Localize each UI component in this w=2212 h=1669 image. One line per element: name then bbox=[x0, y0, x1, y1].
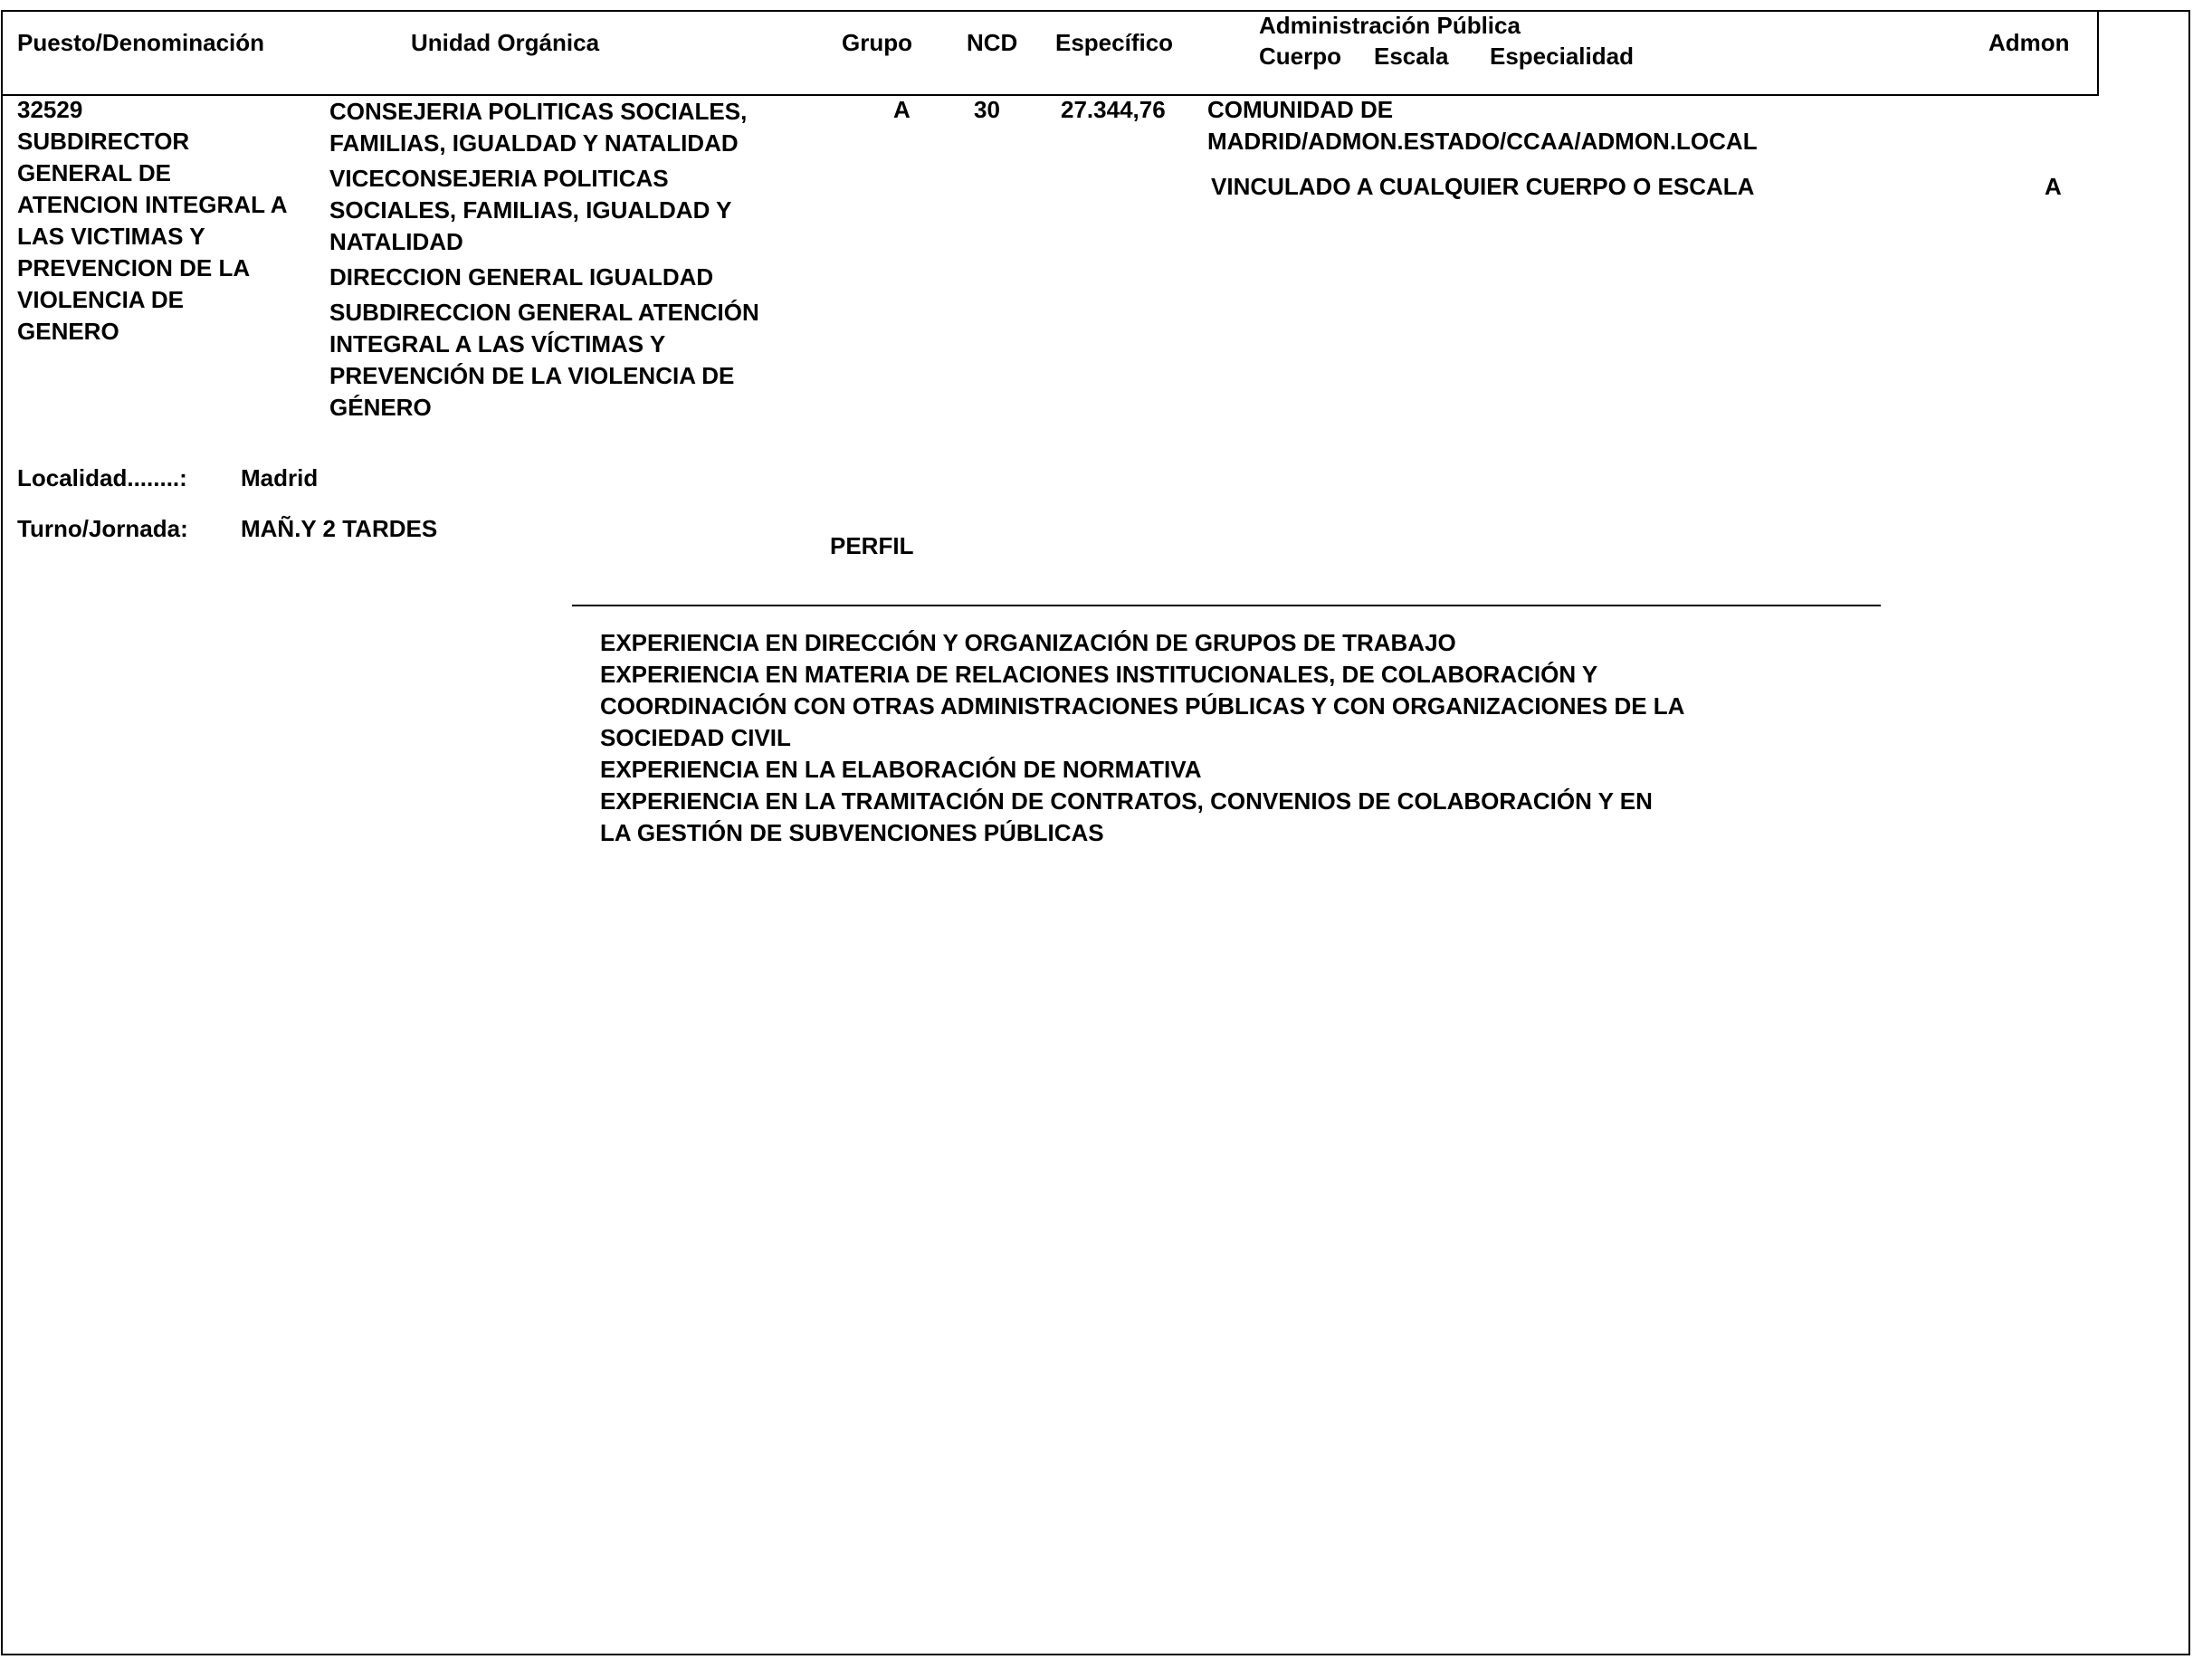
header-admon: Admon bbox=[1988, 29, 2070, 56]
perfil-line: EXPERIENCIA EN MATERIA DE RELACIONES INS… bbox=[600, 659, 1684, 691]
turno-label: Turno/Jornada: bbox=[17, 513, 188, 545]
especifico-value: 27.344,76 bbox=[1061, 94, 1166, 126]
table-header bbox=[1, 10, 2099, 96]
localidad-value: Madrid bbox=[241, 463, 318, 494]
denominacion-line: VIOLENCIA DE bbox=[17, 284, 288, 316]
perfil-line: LA GESTIÓN DE SUBVENCIONES PÚBLICAS bbox=[600, 817, 1684, 849]
perfil-line: SOCIEDAD CIVIL bbox=[600, 722, 1684, 754]
header-ncd: NCD bbox=[967, 29, 1017, 56]
admon-value: A bbox=[2045, 171, 2062, 203]
unidad-organica-line: PREVENCIÓN DE LA VIOLENCIA DE bbox=[329, 360, 759, 392]
header-especifico: Específico bbox=[1055, 29, 1173, 56]
perfil-line: EXPERIENCIA EN DIRECCIÓN Y ORGANIZACIÓN … bbox=[600, 627, 1684, 659]
denominacion-line: SUBDIRECTOR bbox=[17, 126, 288, 157]
unidad-organica-entry: VICECONSEJERIA POLITICASSOCIALES, FAMILI… bbox=[329, 163, 759, 258]
unidad-organica-line: SUBDIRECCION GENERAL ATENCIÓN bbox=[329, 297, 759, 329]
unidad-organica-line: NATALIDAD bbox=[329, 226, 759, 258]
unidad-organica-line: CONSEJERIA POLITICAS SOCIALES, bbox=[329, 96, 759, 128]
turno-value: MAÑ.Y 2 TARDES bbox=[241, 513, 437, 545]
cuerpo-escala-value: VINCULADO A CUALQUIER CUERPO O ESCALA bbox=[1211, 171, 1754, 203]
perfil-line: EXPERIENCIA EN LA TRAMITACIÓN DE CONTRAT… bbox=[600, 786, 1684, 817]
administracion-line: COMUNIDAD DE bbox=[1207, 94, 1758, 126]
header-escala: Escala bbox=[1374, 43, 1448, 70]
header-unidad-organica: Unidad Orgánica bbox=[411, 29, 599, 56]
unidad-organica-entry: CONSEJERIA POLITICAS SOCIALES,FAMILIAS, … bbox=[329, 96, 759, 159]
puesto-denominacion: SUBDIRECTORGENERAL DEATENCION INTEGRAL A… bbox=[17, 126, 288, 348]
unidad-organica-column: CONSEJERIA POLITICAS SOCIALES,FAMILIAS, … bbox=[329, 96, 759, 427]
ncd-value: 30 bbox=[974, 94, 1000, 126]
unidad-organica-line: VICECONSEJERIA POLITICAS bbox=[329, 163, 759, 195]
perfil-line: COORDINACIÓN CON OTRAS ADMINISTRACIONES … bbox=[600, 691, 1684, 722]
unidad-organica-line: FAMILIAS, IGUALDAD Y NATALIDAD bbox=[329, 128, 759, 159]
unidad-organica-line: INTEGRAL A LAS VÍCTIMAS Y bbox=[329, 329, 759, 360]
administracion-value: COMUNIDAD DEMADRID/ADMON.ESTADO/CCAA/ADM… bbox=[1207, 94, 1758, 157]
unidad-organica-line: DIRECCION GENERAL IGUALDAD bbox=[329, 262, 759, 293]
header-cuerpo: Cuerpo bbox=[1259, 43, 1341, 70]
denominacion-line: LAS VICTIMAS Y bbox=[17, 221, 288, 253]
unidad-organica-entry: SUBDIRECCION GENERAL ATENCIÓNINTEGRAL A … bbox=[329, 297, 759, 424]
denominacion-line: GENERAL DE bbox=[17, 157, 288, 189]
header-grupo: Grupo bbox=[842, 29, 912, 56]
perfil-line: EXPERIENCIA EN LA ELABORACIÓN DE NORMATI… bbox=[600, 754, 1684, 786]
header-administracion-publica: Administración Pública bbox=[1259, 12, 1521, 39]
header-puesto: Puesto/Denominación bbox=[17, 29, 264, 56]
administracion-line: MADRID/ADMON.ESTADO/CCAA/ADMON.LOCAL bbox=[1207, 126, 1758, 157]
puesto-column: 32529 SUBDIRECTORGENERAL DEATENCION INTE… bbox=[17, 94, 288, 348]
unidad-organica-entry: DIRECCION GENERAL IGUALDAD bbox=[329, 262, 759, 293]
header-especialidad: Especialidad bbox=[1490, 43, 1634, 70]
perfil-title: PERFIL bbox=[830, 530, 913, 562]
denominacion-line: PREVENCION DE LA bbox=[17, 253, 288, 284]
unidad-organica-line: SOCIALES, FAMILIAS, IGUALDAD Y bbox=[329, 195, 759, 226]
unidad-organica-line: GÉNERO bbox=[329, 392, 759, 424]
puesto-codigo: 32529 bbox=[17, 94, 288, 126]
perfil-requirements: EXPERIENCIA EN DIRECCIÓN Y ORGANIZACIÓN … bbox=[600, 627, 1684, 849]
denominacion-line: GENERO bbox=[17, 316, 288, 348]
localidad-label: Localidad........: bbox=[17, 463, 187, 494]
denominacion-line: ATENCION INTEGRAL A bbox=[17, 189, 288, 221]
grupo-value: A bbox=[893, 94, 911, 126]
perfil-divider bbox=[572, 605, 1881, 606]
